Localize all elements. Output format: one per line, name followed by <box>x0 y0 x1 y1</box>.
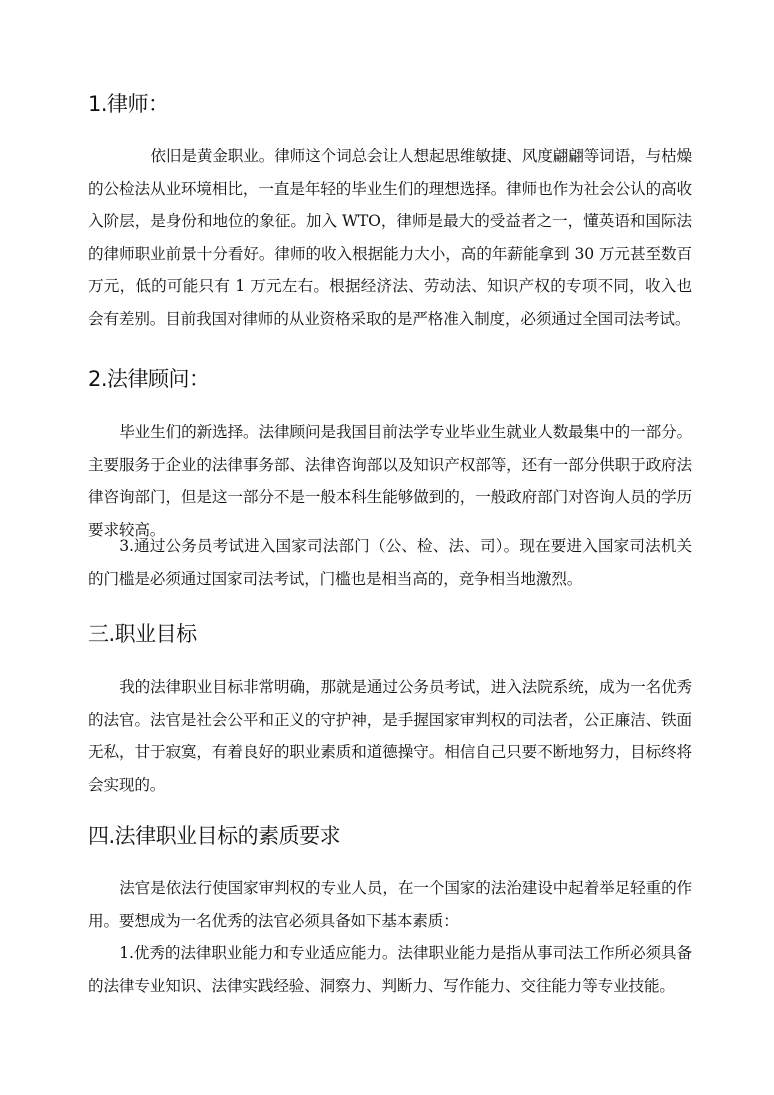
paragraph-lawyer: 依旧是黄金职业。律师这个词总会让人想起思维敏捷、风度翩翩等词语，与枯燥的公检法从… <box>88 140 692 335</box>
section-heading-quality-requirements: 四.法律职业目标的素质要求 <box>88 820 340 850</box>
paragraph-judge-intro: 法官是依法行使国家审判权的专业人员，在一个国家的法治建设中起着举足轻重的作用。要… <box>88 872 692 937</box>
section-heading-legal-advisor: 2.法律顾问： <box>88 363 210 393</box>
paragraph-civil-service: 3.通过公务员考试进入国家司法部门（公、检、法、司）。现在要进入国家司法机关的门… <box>88 530 692 595</box>
section-heading-lawyer: 1.律师： <box>88 88 169 118</box>
paragraph-quality-1: 1.优秀的法律职业能力和专业适应能力。法律职业能力是指从事司法工作所必须具备的法… <box>88 937 692 1002</box>
paragraph-career-goal: 我的法律职业目标非常明确，那就是通过公务员考试，进入法院系统，成为一名优秀的法官… <box>88 671 692 801</box>
section-heading-career-goal: 三.职业目标 <box>88 618 197 648</box>
paragraph-legal-advisor: 毕业生们的新选择。法律顾问是我国目前法学专业毕业生就业人数最集中的一部分。主要服… <box>88 416 692 546</box>
